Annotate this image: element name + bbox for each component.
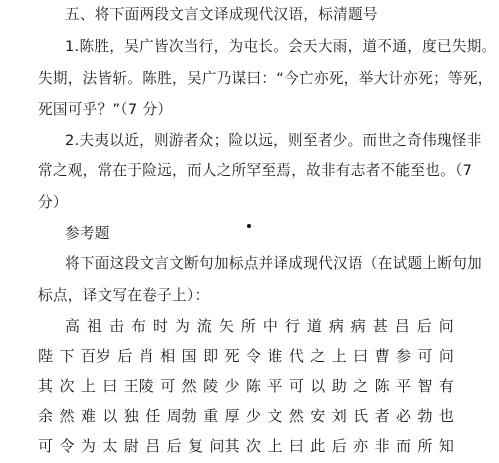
passage-char: 曰	[289, 435, 304, 457]
document-page: 五、将下面两段文言文译成现代汉语，标清题号 1.陈胜，吴广皆次当行，为屯长。会天…	[0, 0, 499, 463]
passage-char: 助	[332, 375, 347, 397]
question-1-line-1: 1.陈胜，吴广皆次当行，为屯长。会天大雨，道不通，度已失期。	[65, 36, 485, 58]
section-heading: 五、将下面两段文言文译成现代汉语，标清题号	[65, 4, 485, 26]
passage-row-4: 余 然 难 以 独 任 周勃 重 厚 少 文 然 安 刘 氏 者 必 勃 也	[38, 405, 454, 427]
passage-char: 少	[246, 405, 261, 427]
passage-char: 陈	[246, 375, 261, 397]
passage-char: 后	[332, 435, 347, 457]
passage-char: 独	[124, 405, 139, 427]
instruction-line-2: 标点，译文写在卷子上）：	[38, 285, 458, 307]
passage-char: 肖	[139, 345, 154, 367]
passage-char: 后	[167, 435, 182, 457]
passage-char: 太	[102, 435, 117, 457]
passage-char: 令	[59, 435, 74, 457]
passage-char: 行	[285, 315, 300, 337]
passage-row-5: 可 令 为 太 尉 吕 后 复 问其 次 上 曰 此 后 亦 非 而 所 知	[38, 435, 454, 457]
passage-char: 百岁	[81, 345, 111, 367]
passage-char: 必	[396, 405, 411, 427]
passage-char: 问	[439, 315, 454, 337]
passage-char: 下	[59, 345, 74, 367]
passage-char: 也	[439, 405, 454, 427]
passage-char: 周勃	[167, 405, 197, 427]
reference-title: 参考题	[65, 223, 485, 245]
passage-char: 上	[267, 435, 282, 457]
passage-char: 王陵	[124, 375, 154, 397]
passage-char: 余	[38, 405, 53, 427]
passage-char: 以	[102, 405, 117, 427]
passage-char: 以	[310, 375, 325, 397]
passage-char: 中	[263, 315, 278, 337]
passage-char: 平	[267, 375, 282, 397]
passage-char: 尉	[124, 435, 139, 457]
passage-char: 曹	[375, 345, 390, 367]
question-2-line-3: 分）	[38, 192, 458, 214]
passage-char: 曰	[102, 375, 117, 397]
passage-char: 而	[396, 435, 411, 457]
passage-char: 可	[38, 435, 53, 457]
passage-char: 矢	[219, 315, 234, 337]
passage-char: 氏	[353, 405, 368, 427]
passage-char: 其	[38, 375, 53, 397]
passage-char: 令	[246, 345, 261, 367]
passage-char: 陵	[203, 375, 218, 397]
passage-char: 病	[329, 315, 344, 337]
passage-char: 为	[81, 435, 96, 457]
passage-char: 甚	[373, 315, 388, 337]
passage-char: 之	[310, 345, 325, 367]
passage-char: 重	[203, 405, 218, 427]
passage-char: 相	[160, 345, 175, 367]
passage-char: 代	[289, 345, 304, 367]
passage-char: 国	[182, 345, 197, 367]
passage-char: 难	[81, 405, 96, 427]
passage-row-3: 其 次 上 曰 王陵 可 然 陵 少 陈 平 可 以 助 之 陈 平 智 有	[38, 375, 454, 397]
passage-char: 有	[439, 375, 454, 397]
passage-char: 勃	[417, 405, 432, 427]
passage-char: 死	[225, 345, 240, 367]
passage-char: 文	[267, 405, 282, 427]
passage-char: 然	[59, 405, 74, 427]
passage-char: 布	[131, 315, 146, 337]
passage-row-2: 陛 下 百岁 后 肖 相 国 即 死 令 谁 代 之 上 曰 曹 参 可 问	[38, 345, 454, 367]
passage-char: 高	[65, 315, 80, 337]
question-2-line-1: 2.夫夷以近，则游者众；险以远，则至者少。而世之奇伟瑰怪非	[65, 130, 485, 152]
passage-char: 陈	[375, 375, 390, 397]
passage-char: 为	[175, 315, 190, 337]
passage-char: 者	[375, 405, 390, 427]
passage-char: 少	[225, 375, 240, 397]
passage-char: 道	[307, 315, 322, 337]
passage-char: 所	[417, 435, 432, 457]
passage-char: 然	[182, 375, 197, 397]
question-1-line-2: 失期，法皆斩。陈胜，吴广乃谋曰：“今亡亦死，举大计亦死；等死，	[38, 68, 458, 90]
question-1-line-3: 死国可乎？”（7 分）	[38, 99, 458, 121]
passage-char: 问其	[210, 435, 240, 457]
passage-char: 上	[81, 375, 96, 397]
passage-char: 后	[117, 345, 132, 367]
passage-char: 陛	[38, 345, 53, 367]
passage-char: 然	[289, 405, 304, 427]
passage-char: 之	[353, 375, 368, 397]
passage-char: 平	[396, 375, 411, 397]
passage-char: 此	[310, 435, 325, 457]
passage-char: 可	[289, 375, 304, 397]
passage-char: 智	[417, 375, 432, 397]
passage-row-1: 高 祖 击 布 时 为 流 矢 所 中 行 道 病 病 甚 吕 后 问	[65, 315, 454, 337]
passage-char: 亦	[353, 435, 368, 457]
passage-char: 刘	[332, 405, 347, 427]
passage-char: 时	[153, 315, 168, 337]
passage-char: 病	[351, 315, 366, 337]
passage-char: 次	[59, 375, 74, 397]
passage-char: 问	[439, 345, 454, 367]
instruction-line-1: 将下面这段文言文断句加标点并译成现代汉语（在试题上断句加	[65, 253, 485, 275]
passage-char: 可	[160, 375, 175, 397]
passage-char: 安	[310, 405, 325, 427]
passage-char: 吕	[145, 435, 160, 457]
passage-char: 曰	[353, 345, 368, 367]
question-2-line-2: 常之观，常在于险远，而人之所罕至焉，故非有志者不能至也。（7	[38, 160, 458, 182]
passage-char: 流	[197, 315, 212, 337]
passage-char: 所	[241, 315, 256, 337]
passage-char: 后	[417, 315, 432, 337]
passage-char: 祖	[87, 315, 102, 337]
passage-char: 次	[246, 435, 261, 457]
passage-char: 厚	[225, 405, 240, 427]
passage-char: 可	[417, 345, 432, 367]
passage-char: 复	[188, 435, 203, 457]
passage-char: 参	[396, 345, 411, 367]
passage-char: 吕	[395, 315, 410, 337]
passage-char: 谁	[267, 345, 282, 367]
passage-char: 非	[375, 435, 390, 457]
passage-char: 知	[439, 435, 454, 457]
passage-char: 任	[145, 405, 160, 427]
passage-char: 即	[203, 345, 218, 367]
passage-char: 上	[332, 345, 347, 367]
passage-char: 击	[109, 315, 124, 337]
